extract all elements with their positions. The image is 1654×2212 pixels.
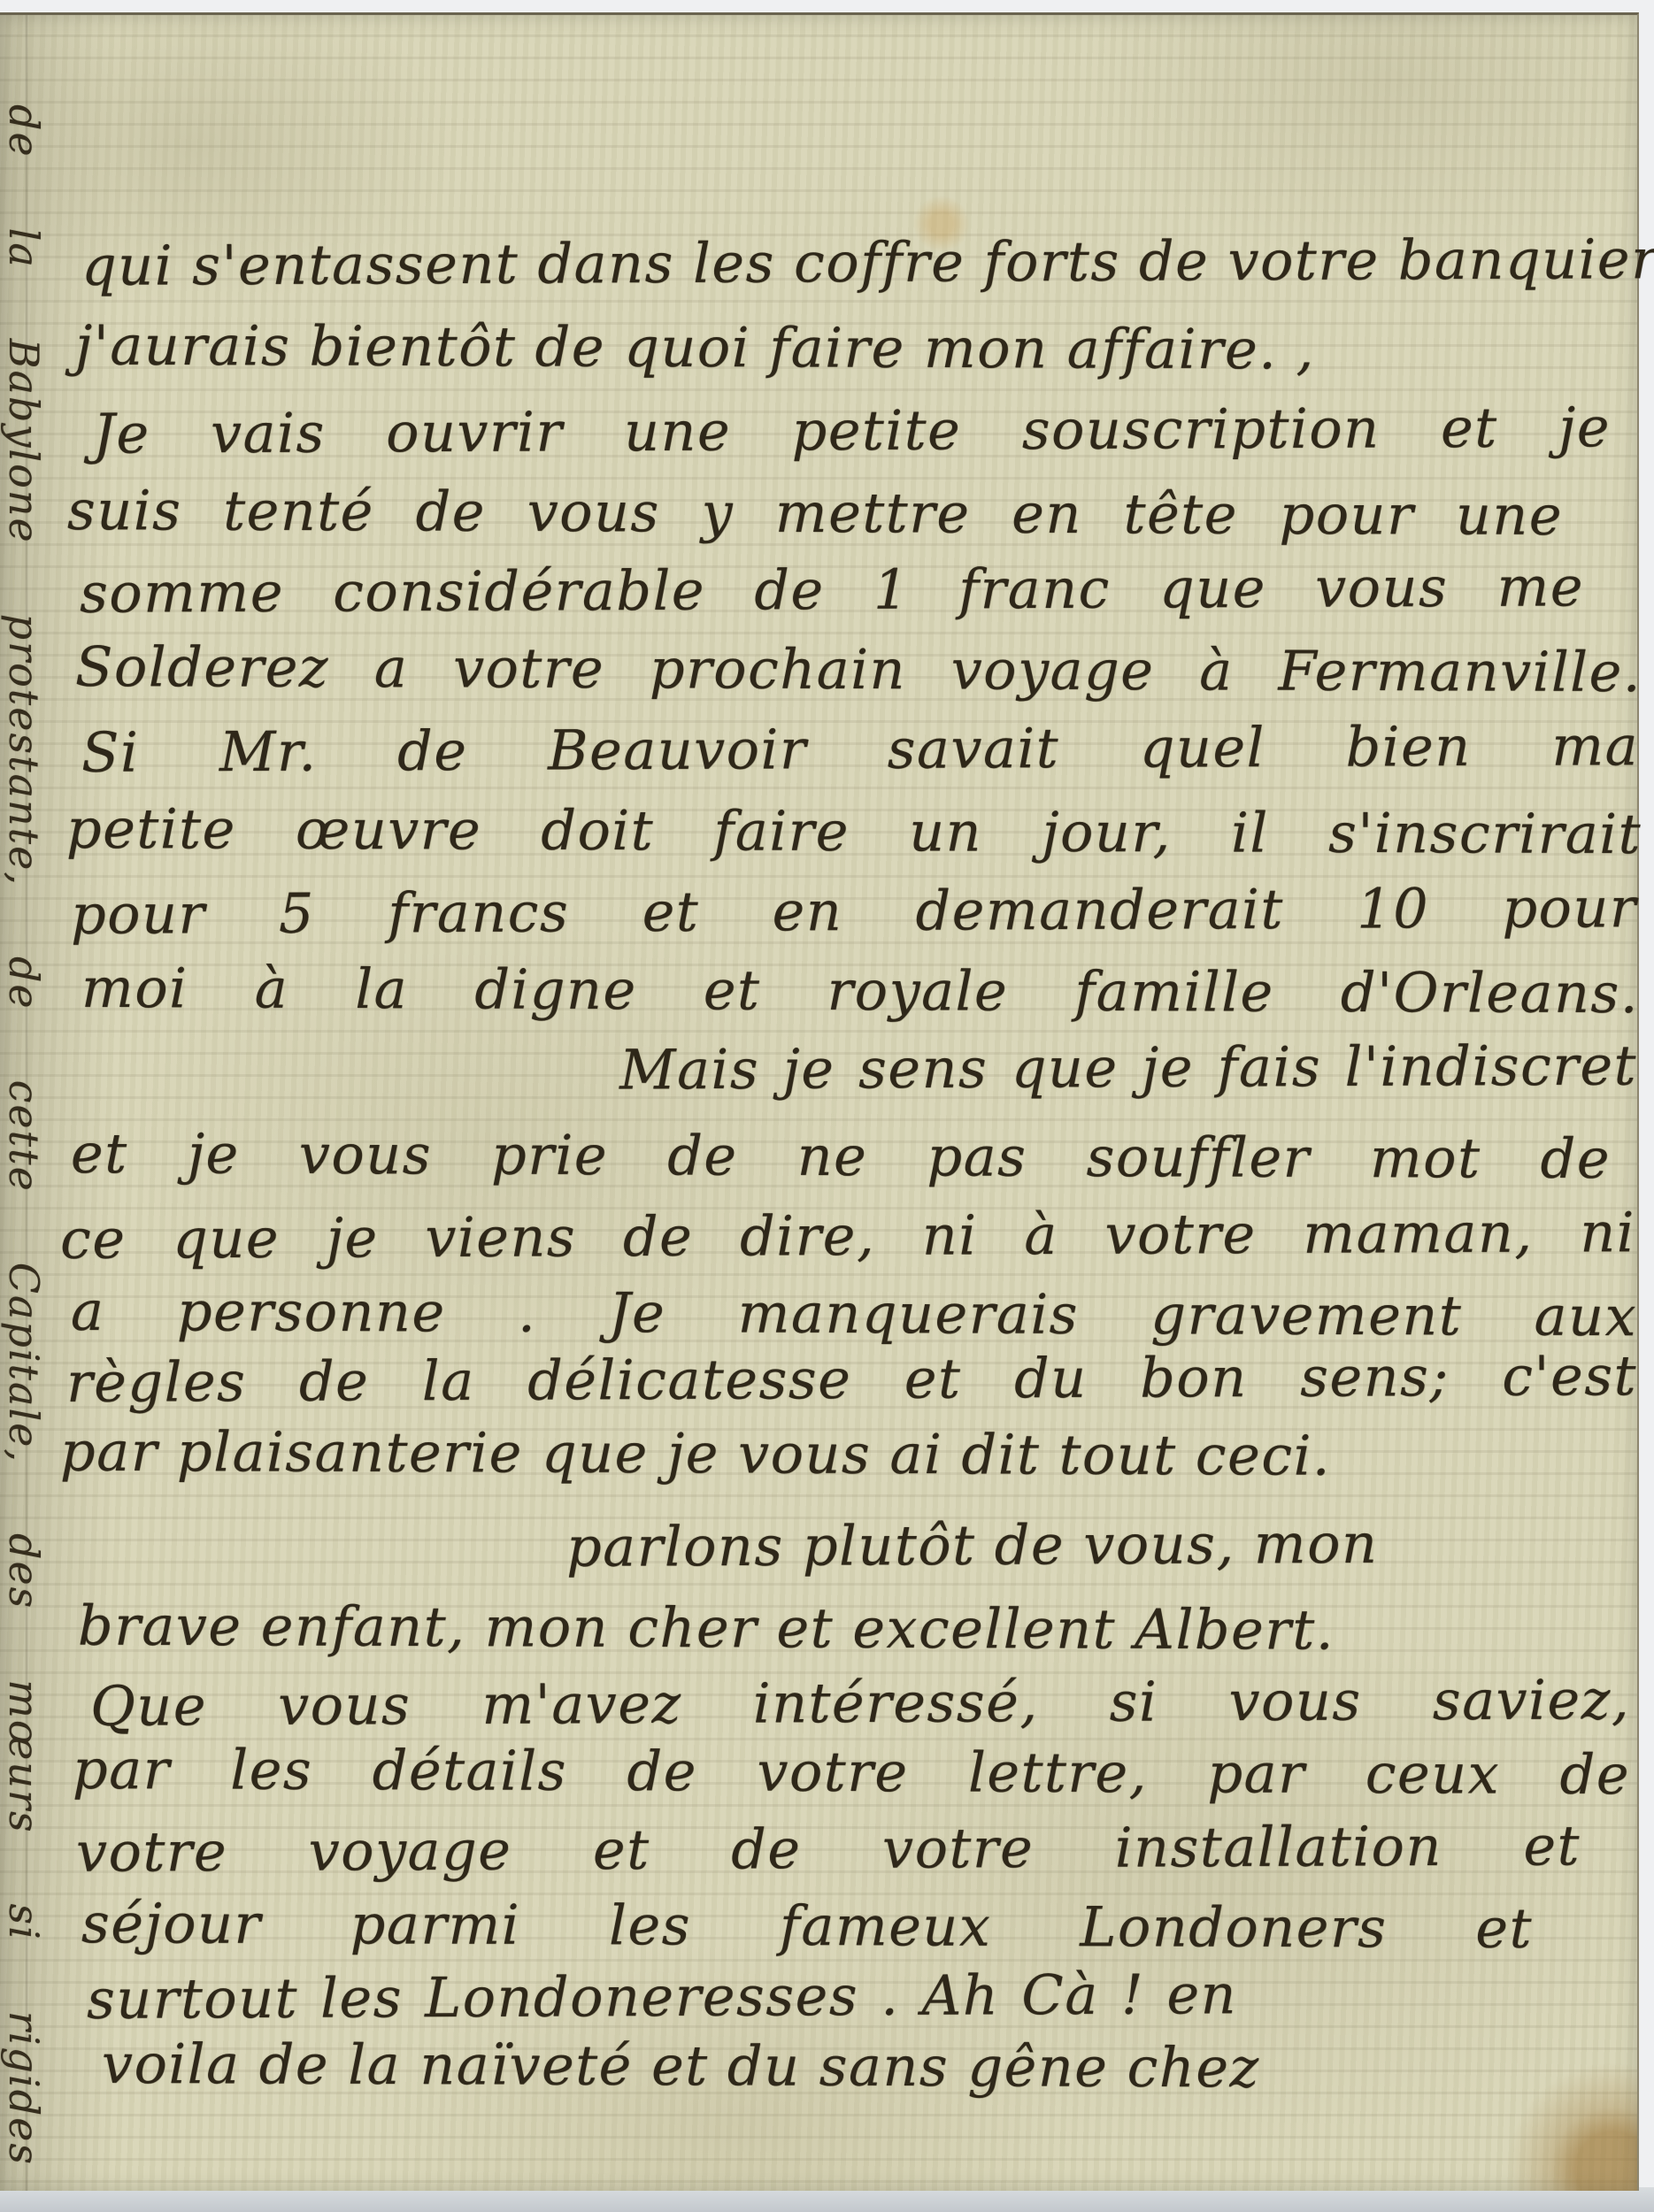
handwriting-line: Solderez a votre prochain voyage à Ferma…: [75, 636, 1642, 703]
handwriting-line: Mais je sens que je fais l'indiscret: [619, 1034, 1637, 1100]
handwriting-line: par plaisanterie que je vous ai dit tout…: [60, 1421, 1255, 1486]
handwriting-line: Que vous m'avez intéressé, si vous savie…: [90, 1669, 1630, 1737]
handwriting-line: pour 5 francs et en demanderait 10 pour: [71, 877, 1637, 945]
handwriting-line: a personne . Je manquerais gravement aux: [71, 1280, 1637, 1348]
handwriting-line: et je vous prie de ne pas souffler mot d…: [71, 1123, 1611, 1190]
handwriting-line: votre voyage et de votre installation et: [76, 1815, 1581, 1883]
handwriting-line: j'aurais bientôt de quoi faire mon affai…: [75, 315, 1301, 380]
handwriting-line: qui s'entassent dans les coffre forts de…: [81, 228, 1639, 296]
handwriting-line: surtout les Londoneresses . Ah Cà ! en: [87, 1963, 1237, 2030]
handwriting-line: par les détails de votre lettre, par ceu…: [73, 1739, 1630, 1806]
scanned-letter-photo: de la Babylone protestante, de cette Cap…: [0, 0, 1654, 2212]
scanner-backdrop: [0, 2187, 1654, 2212]
handwriting-line: ce que je viens de dire, ni à votre mama…: [60, 1202, 1635, 1270]
handwriting-line: brave enfant, mon cher et excellent Albe…: [78, 1595, 1273, 1661]
handwriting-line: moi à la digne et royale famille d'Orlea…: [81, 957, 1639, 1025]
handwriting-line: petite œuvre doit faire un jour, il s'in…: [66, 798, 1642, 865]
handwriting-line: voila de la naïveté et du sans gêne chez: [102, 2033, 1199, 2099]
margin-note-vertical: de la Babylone protestante, de cette Cap…: [4, 104, 73, 2166]
handwriting-line: règles de la délicatesse et du bon sens;…: [66, 1345, 1637, 1413]
handwriting-line: parlons plutôt de vous, mon: [566, 1513, 1301, 1578]
handwriting-line: suis tenté de vous y mettre en tête pour…: [67, 480, 1563, 546]
handwriting-line: séjour parmi les fameux Londoners et: [81, 1893, 1533, 1959]
handwriting-line: somme considérable de 1 franc que vous m…: [80, 556, 1584, 624]
handwriting-line: Je vais ouvrir une petite souscription e…: [93, 396, 1611, 465]
handwriting-line: Si Mr. de Beauvoir savait quel bien ma: [81, 715, 1639, 783]
